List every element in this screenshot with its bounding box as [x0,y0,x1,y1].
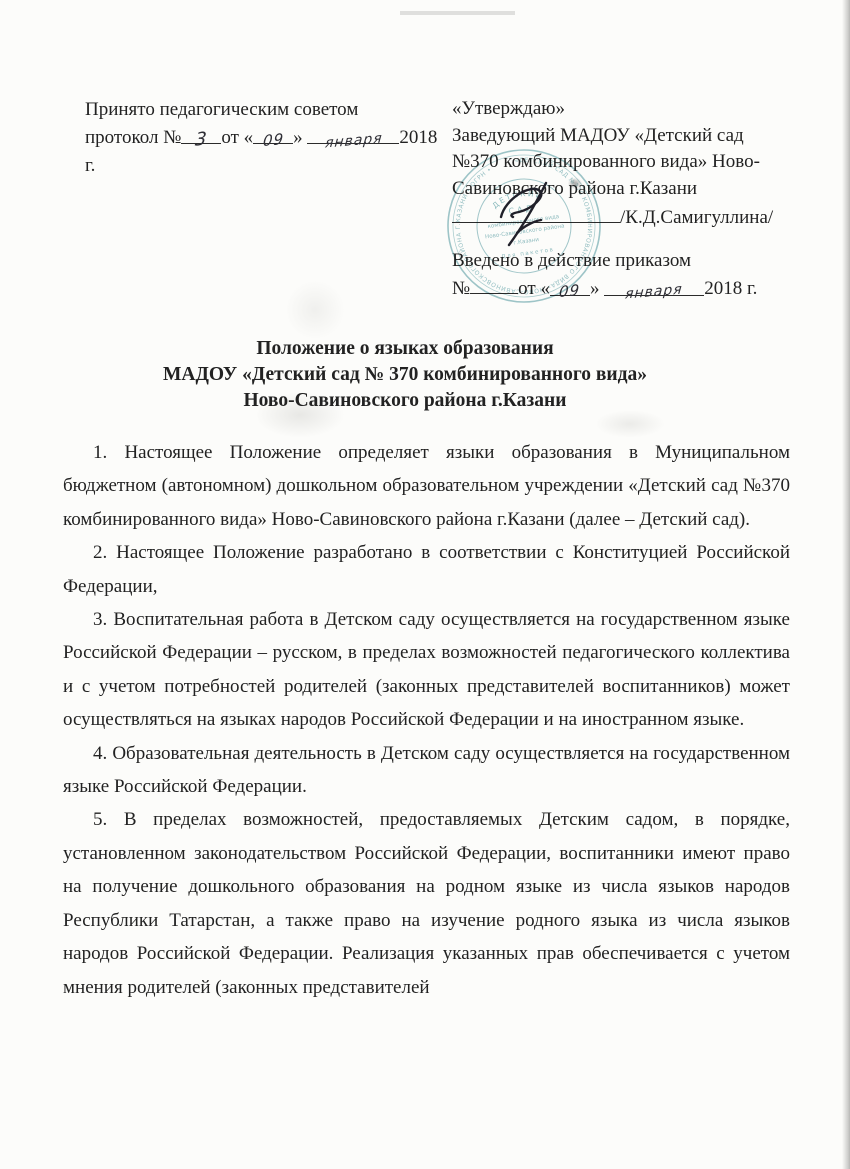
day-blank: 09 [253,124,293,144]
paragraph-4: 4. Образовательная деятельность в Детско… [63,737,790,804]
scan-edge-shadow [842,0,850,1169]
paragraph-5: 5. В пределах возможностей, предоставляе… [63,803,790,1003]
document-body: 1. Настоящее Положение определяет языки … [63,436,790,1004]
approval-line1: Заведующий МАДОУ «Детский сад [452,123,802,150]
handwritten-order-day: 09 [558,277,581,306]
paragraph-3: 3. Воспитательная работа в Детском саду … [63,603,790,737]
scan-streak [400,11,515,15]
signature-row: /К.Д.Самигуллина/ [452,204,802,232]
signature-name: /К.Д.Самигуллина/ [620,207,773,228]
protocol-number-blank: 3 [181,124,221,144]
accepted-line1: Принято педагогическим советом [85,96,445,124]
accepted-block: Принято педагогическим советом протокол … [85,96,445,180]
paragraph-1: 1. Настоящее Положение определяет языки … [63,436,790,536]
approval-line2: №370 комбинированного вида» Ново- [452,149,802,176]
paragraph-2: 2. Настоящее Положение разработано в соо… [63,536,790,603]
order-line2: №от «09» января2018 г. [452,274,802,303]
title-line3: Ново-Савиновского района г.Казани [45,388,765,414]
handwritten-protocol-number: 3 [194,125,209,154]
accepted-line2: протокол №3от «09» января2018 г. [85,124,445,180]
handwritten-order-month: января [624,276,684,308]
month-blank: января [307,124,399,144]
order-month-blank: января [604,276,704,296]
order-day-blank: 09 [550,276,590,296]
scan-smudge [285,280,345,340]
order-block: Введено в действие приказом №от «09» янв… [452,248,802,303]
scanned-document-page: Принято педагогическим советом протокол … [0,0,850,1169]
handwritten-day: 09 [261,125,284,155]
order-line1: Введено в действие приказом [452,248,802,275]
approval-block: «Утверждаю» Заведующий МАДОУ «Детский са… [452,96,802,303]
handwritten-month: января [323,124,383,157]
document-title: Положение о языках образования МАДОУ «Де… [45,336,765,414]
signature-line [452,204,620,223]
title-line1: Положение о языках образования [45,336,765,362]
scan-smudge [595,410,665,438]
order-number-blank [470,274,518,294]
approval-line3: Савиновского района г.Казани [452,176,802,203]
title-line2: МАДОУ «Детский сад № 370 комбинированног… [45,362,765,388]
approval-quote: «Утверждаю» [452,96,802,123]
